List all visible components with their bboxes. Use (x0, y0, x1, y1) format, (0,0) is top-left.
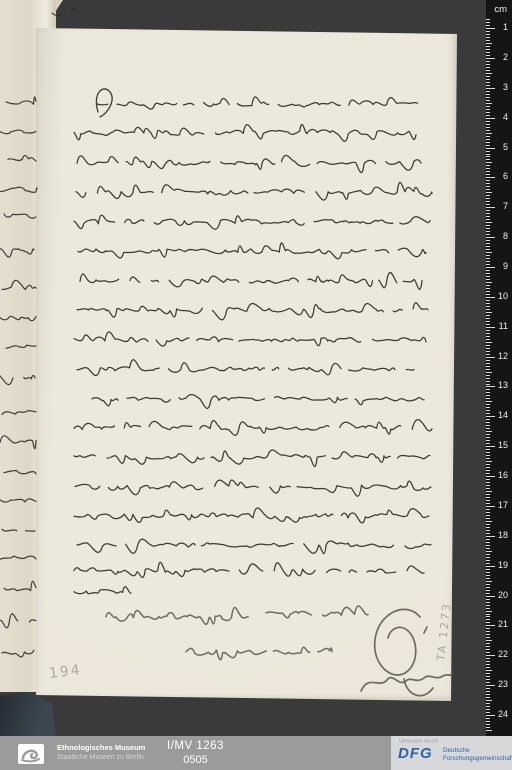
ruler-number: 20 (498, 590, 508, 601)
ruler-tick (486, 252, 492, 253)
ruler-tick (486, 207, 495, 208)
ruler-tick (486, 682, 490, 683)
ruler-tick (486, 255, 490, 256)
manuscript-page: 194 TA 1273 (36, 25, 457, 701)
ruler-tick (486, 318, 490, 319)
ruler-tick (486, 545, 490, 546)
ruler-tick (486, 614, 490, 615)
pencil-archive-mark: TA 1273 (432, 581, 455, 682)
ruler-unit-label: cm (494, 4, 507, 15)
document-scan-view: 194 TA 1273 cm 1234567891011121314151617… (0, 0, 512, 770)
ruler-tick (486, 97, 490, 98)
ruler-tick (486, 369, 490, 370)
ruler-tick (486, 142, 490, 143)
ruler-tick (486, 103, 492, 104)
ruler-tick (486, 288, 490, 289)
ruler-tick (486, 721, 490, 722)
ruler-tick (486, 494, 490, 495)
ruler-tick (486, 646, 490, 647)
museum-bar: Ethnologisches Museum Staatliche Museen … (0, 736, 391, 770)
ruler-tick (486, 136, 490, 137)
ruler-tick (486, 246, 490, 247)
ruler-tick (486, 198, 490, 199)
ruler-tick (486, 127, 490, 128)
ruler-tick (486, 162, 492, 163)
binding-edge (0, 692, 56, 737)
ruler-tick (486, 61, 490, 62)
ruler-tick (486, 381, 490, 382)
ruler-tick (486, 392, 490, 393)
ruler-tick (486, 428, 490, 429)
ruler-tick (486, 270, 490, 271)
ruler-tick (486, 572, 490, 573)
ruler-tick (486, 488, 490, 489)
ruler-tick (486, 234, 490, 235)
ruler-tick (486, 345, 490, 346)
ruler-tick (486, 171, 490, 172)
ruler-tick (486, 599, 490, 600)
ruler-tick (486, 124, 490, 125)
ruler-tick (486, 419, 490, 420)
ruler-tick (486, 85, 490, 86)
ruler-tick (486, 139, 490, 140)
ruler-tick (486, 407, 490, 408)
ruler-tick (486, 55, 490, 56)
ruler-tick (486, 584, 490, 585)
ruler-tick (486, 470, 490, 471)
ruler-tick (486, 106, 490, 107)
ruler-tick (486, 156, 490, 157)
ruler-tick (486, 652, 490, 653)
ruler-tick (486, 518, 490, 519)
ruler-tick (486, 43, 492, 44)
ruler-tick (486, 631, 490, 632)
ruler-tick (486, 49, 490, 50)
ruler-tick (486, 718, 490, 719)
ruler-tick (486, 333, 490, 334)
ruler-tick (486, 201, 490, 202)
ruler-tick (486, 339, 490, 340)
ruler-tick (486, 476, 495, 477)
ruler-tick (486, 342, 492, 343)
ruler-tick (486, 506, 495, 507)
ruler-tick (486, 91, 490, 92)
ruler-number: 9 (503, 261, 508, 272)
ruler-tick (486, 228, 490, 229)
ruler-tick (486, 195, 490, 196)
ruler-tick (486, 294, 490, 295)
ruler-tick (486, 416, 495, 417)
ruler-tick (486, 425, 490, 426)
ruler-tick (486, 384, 490, 385)
ruler-tick (486, 670, 492, 671)
ruler-tick (486, 279, 490, 280)
ruler-tick (486, 336, 490, 337)
ruler-tick (486, 467, 490, 468)
ruler-tick (486, 28, 495, 29)
ruler-tick (486, 431, 492, 432)
ruler-number: 6 (503, 171, 508, 182)
ruler-tick (486, 616, 490, 617)
ruler-tick (486, 539, 490, 540)
ruler-number: 8 (503, 231, 508, 242)
ruler-number: 22 (498, 649, 508, 660)
ruler-tick (486, 118, 495, 119)
ruler-tick (486, 634, 490, 635)
ruler-tick (486, 449, 490, 450)
dfg-org-line1: Deutsche (443, 747, 512, 755)
ruler-number: 21 (498, 619, 508, 630)
ruler-tick (486, 628, 490, 629)
ruler-tick (486, 225, 490, 226)
ruler-tick (486, 64, 490, 65)
ruler-tick (486, 351, 490, 352)
ruler-tick (486, 330, 490, 331)
ruler-tick (486, 273, 490, 274)
ruler-tick (486, 655, 495, 656)
ruler-tick (486, 258, 490, 259)
ruler-tick (486, 688, 490, 689)
ruler-tick (486, 422, 490, 423)
ruler-tick (486, 491, 492, 492)
ruler-tick (486, 249, 490, 250)
ruler-tick (486, 315, 490, 316)
ruler-tick (486, 536, 495, 537)
ruler-tick (486, 219, 490, 220)
ruler-tick (486, 243, 490, 244)
ruler-tick (486, 73, 492, 74)
ruler-tick (486, 563, 490, 564)
ruler-tick (486, 19, 490, 20)
ruler-tick (486, 593, 490, 594)
ruler-tick (486, 285, 490, 286)
ruler-tick (486, 664, 490, 665)
ruler-tick (486, 204, 490, 205)
ruler-tick (486, 168, 490, 169)
ruler-number: 19 (498, 560, 508, 571)
ruler-tick (486, 267, 495, 268)
ruler-tick (486, 112, 490, 113)
ruler-tick (486, 524, 490, 525)
ruler-tick (486, 237, 495, 238)
ruler-tick (486, 378, 490, 379)
ruler-number: 14 (498, 410, 508, 421)
ruler-tick (486, 174, 490, 175)
ruler-tick (486, 602, 490, 603)
ruler-tick (486, 443, 490, 444)
ruler-tick (486, 312, 492, 313)
shelfmark: I/MV 1263 (0, 740, 391, 752)
ruler-tick (486, 366, 490, 367)
ruler-tick (486, 264, 490, 265)
ruler-tick (486, 697, 490, 698)
ruler-tick (486, 121, 490, 122)
ruler-tick (486, 297, 495, 298)
ruler-tick (486, 542, 490, 543)
ruler-tick (486, 40, 490, 41)
ruler-tick (486, 321, 490, 322)
ruler-tick (486, 676, 490, 677)
ruler-tick (486, 276, 490, 277)
ruler-tick (486, 605, 490, 606)
ruler-tick (486, 706, 490, 707)
ruler-tick (486, 372, 492, 373)
ruler-tick (486, 109, 490, 110)
ruler-tick (486, 458, 490, 459)
ruler-tick (486, 165, 490, 166)
ruler-tick (486, 548, 490, 549)
ruler-number: 17 (498, 500, 508, 511)
ruler-tick (486, 434, 490, 435)
ruler-number: 16 (498, 470, 508, 481)
viewer-footer: Ethnologisches Museum Staatliche Museen … (0, 736, 512, 770)
ruler-tick (486, 154, 490, 155)
ruler-tick (486, 473, 490, 474)
ruler-tick (486, 566, 495, 567)
ruler-tick (486, 151, 490, 152)
ruler-tick (486, 180, 490, 181)
ruler-tick (486, 282, 492, 283)
ruler-tick (486, 569, 490, 570)
ruler-tick (486, 216, 490, 217)
dfg-org-line2: Forschungsgemeinschaft (443, 755, 512, 763)
ruler-tick (486, 22, 490, 23)
dfg-logo: DFG (398, 745, 433, 762)
ruler-tick (486, 608, 490, 609)
ruler-tick (486, 261, 490, 262)
dfg-org-name: Deutsche Forschungsgemeinschaft (443, 747, 512, 763)
ruler-tick (486, 148, 495, 149)
ruler-tick (486, 186, 490, 187)
ruler-tick (486, 363, 490, 364)
ruler-tick (486, 231, 490, 232)
ruler-tick (486, 625, 495, 626)
ruler-tick (486, 521, 492, 522)
ruler-tick (486, 500, 490, 501)
ruler-tick (486, 560, 490, 561)
ruler-tick (486, 309, 490, 310)
ruler-tick (486, 70, 490, 71)
ruler-tick (486, 159, 490, 160)
ruler-tick (486, 303, 490, 304)
ruler-tick (486, 31, 490, 32)
ruler-number: 23 (498, 679, 508, 690)
ruler-tick (486, 386, 495, 387)
ruler-tick (486, 533, 490, 534)
ruler-number: 10 (498, 291, 508, 302)
ruler-number: 2 (503, 52, 508, 63)
ruler-tick (486, 210, 490, 211)
image-number: 0505 (0, 754, 391, 766)
ruler-tick (486, 452, 490, 453)
ruler-tick (486, 640, 492, 641)
ruler-tick (486, 479, 490, 480)
ruler-tick (486, 673, 490, 674)
ruler-tick (486, 76, 490, 77)
ruler-tick (486, 37, 490, 38)
ruler-number: 5 (503, 142, 508, 153)
ruler-tick (486, 712, 490, 713)
ruler-tick (486, 685, 495, 686)
ruler-tick (486, 192, 492, 193)
ruler-tick (486, 213, 490, 214)
ruler-tick (486, 503, 490, 504)
ruler-tick (486, 58, 495, 59)
ruler-tick (486, 715, 495, 716)
ruler-tick (486, 34, 490, 35)
ruler-tick (486, 497, 490, 498)
ruler-number: 3 (503, 82, 508, 93)
ruler-number: 13 (498, 380, 508, 391)
funding-label: Gefördert durch (399, 739, 438, 745)
ruler-tick (486, 691, 490, 692)
ruler-tick (486, 354, 490, 355)
ruler-number: 1 (503, 22, 508, 33)
ruler-tick (486, 515, 490, 516)
ruler-number: 24 (498, 709, 508, 720)
ruler-tick (486, 694, 490, 695)
ruler-tick (486, 222, 492, 223)
ruler-tick (486, 730, 492, 731)
ruler-tick (486, 395, 490, 396)
ruler-tick (486, 25, 490, 26)
ruler-tick (486, 724, 490, 725)
ruler-tick (486, 461, 492, 462)
ruler-tick (486, 389, 490, 390)
ruler-tick (486, 404, 490, 405)
ruler-tick (486, 437, 490, 438)
ruler-tick (486, 440, 490, 441)
ruler-tick (486, 587, 490, 588)
ruler-tick (486, 177, 495, 178)
ruler-tick (486, 557, 490, 558)
ruler-tick (486, 530, 490, 531)
ruler-number: 18 (498, 530, 508, 541)
ruler-tick (486, 324, 490, 325)
ruler-tick (486, 581, 492, 582)
ruler-tick (486, 100, 490, 101)
ruler-number: 7 (503, 201, 508, 212)
ruler-tick (486, 410, 490, 411)
ruler-tick (486, 485, 490, 486)
ruler-number: 15 (498, 440, 508, 451)
ruler-tick (486, 300, 490, 301)
ruler-tick (486, 590, 490, 591)
ruler-tick (486, 145, 490, 146)
ruler-tick (486, 679, 490, 680)
ruler-tick (486, 667, 490, 668)
ruler-tick (486, 619, 490, 620)
ruler-tick (486, 637, 490, 638)
ruler-tick (486, 700, 492, 701)
ruler-tick (486, 79, 490, 80)
ruler-tick (486, 52, 490, 53)
ruler-tick (486, 240, 490, 241)
ruler-tick (486, 375, 490, 376)
ruler-tick (486, 709, 490, 710)
ruler-tick (486, 398, 490, 399)
ruler-tick (486, 88, 495, 89)
ruler-tick (486, 413, 490, 414)
ruler-tick (486, 133, 492, 134)
ruler-tick (486, 46, 490, 47)
ruler-tick (486, 357, 495, 358)
ruler-tick (486, 327, 495, 328)
ruler-tick (486, 527, 490, 528)
ruler-tick (486, 446, 495, 447)
ruler-tick (486, 703, 490, 704)
ruler-tick (486, 464, 490, 465)
ruler-tick (486, 658, 490, 659)
ruler-tick (486, 554, 490, 555)
ruler-tick (486, 183, 490, 184)
ruler-tick (486, 348, 490, 349)
shelfmark-block: I/MV 1263 0505 (0, 736, 391, 766)
ruler-tick (486, 611, 492, 612)
ruler-tick (486, 643, 490, 644)
ruler-tick (486, 551, 492, 552)
ruler-tick (486, 115, 490, 116)
ruler-number: 12 (498, 351, 508, 362)
ruler-number: 4 (503, 112, 508, 123)
ruler-tick (486, 401, 492, 402)
ruler-tick (486, 455, 490, 456)
ruler-tick (486, 622, 490, 623)
ruler-number: 11 (499, 321, 508, 332)
pencil-page-number: 194 (48, 662, 82, 682)
ruler-tick (486, 67, 490, 68)
ruler-tick (486, 306, 490, 307)
ruler-tick (486, 94, 490, 95)
ruler-tick (486, 291, 490, 292)
ruler-tick (486, 649, 490, 650)
ruler-tick (486, 661, 490, 662)
ruler-tick (486, 482, 490, 483)
ruler-tick (486, 82, 490, 83)
ruler-tick (486, 578, 490, 579)
ruler-tick (486, 596, 495, 597)
ruler-tick (486, 727, 490, 728)
measurement-ruler: cm 1234567891011121314151617181920212223… (486, 0, 512, 736)
funding-bar: Gefördert durch DFG Deutsche Forschungsg… (391, 736, 512, 770)
ruler-tick (486, 575, 490, 576)
ruler-tick (486, 360, 490, 361)
ruler-tick (486, 509, 490, 510)
ruler-tick (486, 512, 490, 513)
ruler-tick (486, 130, 490, 131)
ruler-tick (486, 189, 490, 190)
